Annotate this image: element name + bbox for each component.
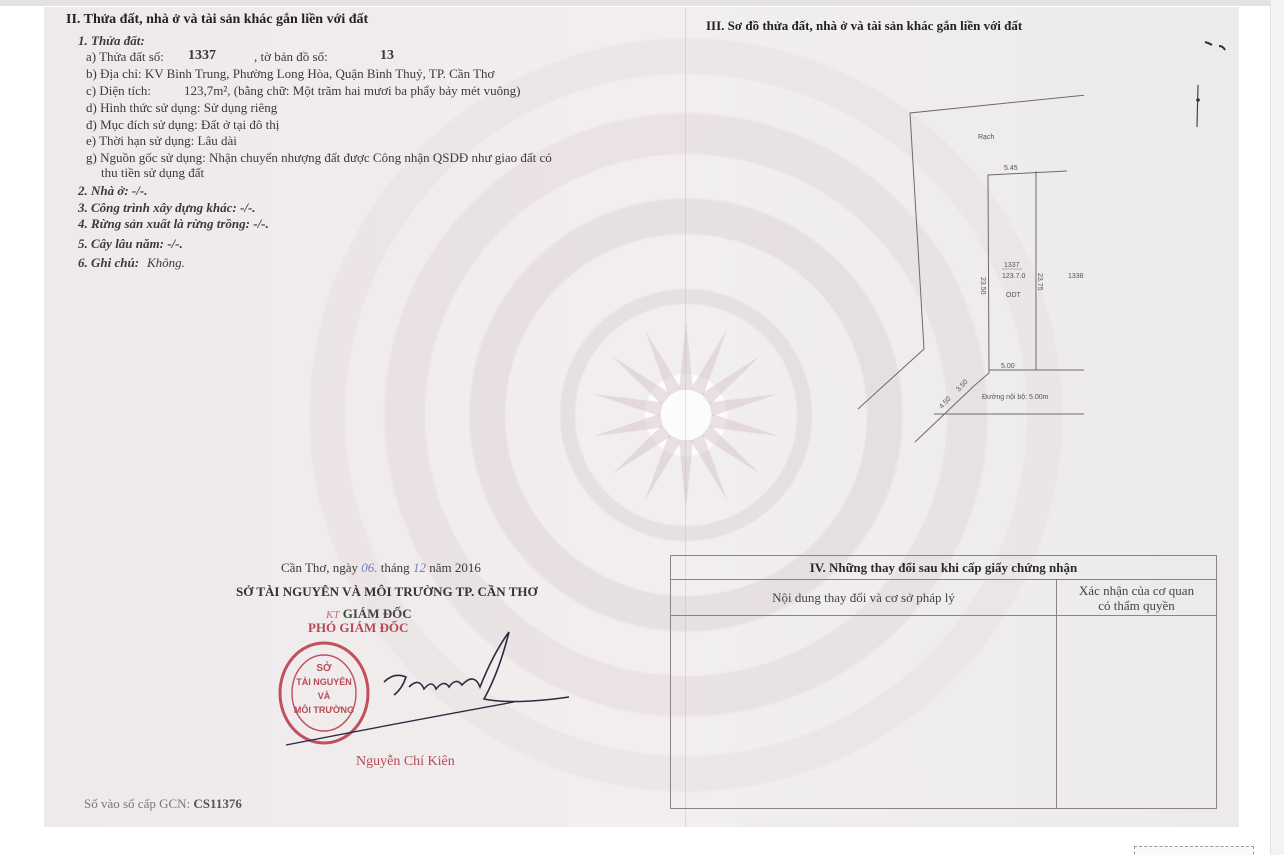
changes-content-header: Nội dung thay đổi và cơ sở pháp lý <box>671 580 1057 616</box>
signing-date: Cần Thơ, ngày 06. tháng 12 năm 2016 <box>281 560 481 576</box>
map-sheet-value: 13 <box>380 48 394 64</box>
authority-confirmation-header: Xác nhận của cơ quan có thẩm quyền <box>1057 580 1216 616</box>
diagram-plot-number: 1337 <box>1004 262 1020 269</box>
bronze-drum-star-watermark <box>586 315 786 515</box>
issuing-agency: SỞ TÀI NGUYÊN VÀ MÔI TRƯỜNG TP. CẦN THƠ <box>236 584 538 600</box>
partial-button[interactable] <box>1134 846 1254 855</box>
changes-content-cell <box>671 616 1057 808</box>
section-3-title: III. Sơ đồ thửa đất, nhà ở và tài sản kh… <box>706 18 1022 34</box>
corner-mark-icon <box>1203 40 1231 54</box>
signer-name: Nguyễn Chí Kiên <box>356 754 455 770</box>
corner-segment-1: 3.50 <box>955 378 969 393</box>
area-value: 123,7m², (bằng chữ: Một trăm hai mươi ba… <box>184 83 520 99</box>
diagram-plot-area: 123.7.0 <box>1002 273 1025 280</box>
signing-month: 12 <box>413 560 426 575</box>
section-4-title: IV. Những thay đổi sau khi cấp giấy chứn… <box>671 556 1216 580</box>
right-length-label: 23.75 <box>1036 273 1043 291</box>
neighbor-plot-number: 1338 <box>1068 273 1084 280</box>
plot-diagram: Rạch 5.45 23.50 23.75 1337 123.7.0 ODT 1… <box>824 87 1084 447</box>
top-width-label: 5.45 <box>1004 165 1018 172</box>
registry-line: Số vào sổ cấp GCN: CS11376 <box>84 796 242 812</box>
usage-form-line: d) Hình thức sử dụng: Sử dụng riêng <box>86 100 277 116</box>
north-arrow-icon <box>1194 85 1202 127</box>
scrollbar-track[interactable] <box>1270 0 1284 855</box>
land-use-code: ODT <box>1006 292 1022 299</box>
item-4-planted-forest: 4. Rừng sản xuất là rừng trồng: -/-. <box>78 216 269 232</box>
road-label: Đường nội bộ: 5.00m <box>982 394 1049 401</box>
area-label: c) Diện tích: <box>86 83 151 99</box>
item-6-notes-label: 6. Ghi chú: <box>78 255 139 271</box>
item-5-perennial-trees: 5. Cây lâu năm: -/-. <box>78 236 183 252</box>
map-sheet-label: , tờ bản đồ số: <box>254 49 328 65</box>
plot-number-value: 1337 <box>188 48 216 64</box>
item-3-other-construction: 3. Công trình xây dựng khác: -/-. <box>78 200 256 216</box>
item-2-house: 2. Nhà ở: -/-. <box>78 183 147 199</box>
signing-day: 06. <box>361 560 377 575</box>
authority-confirmation-cell <box>1057 616 1216 808</box>
usage-origin-line-2: thu tiền sử dụng đất <box>101 165 204 181</box>
section-2-title: II. Thửa đất, nhà ở và tài sản khác gắn … <box>66 12 368 28</box>
registry-number: CS11376 <box>193 796 241 811</box>
window-top-bar <box>0 0 1284 6</box>
item-1-heading: 1. Thửa đất: <box>78 33 145 49</box>
canal-label: Rạch <box>978 134 994 141</box>
bottom-width-label: 5.00 <box>1001 363 1015 370</box>
item-6-notes-value: Không. <box>147 255 185 271</box>
left-length-label: 23.50 <box>979 277 986 295</box>
usage-origin-line-1: g) Nguồn gốc sử dụng: Nhận chuyển nhượng… <box>86 150 552 166</box>
usage-term-line: e) Thời hạn sử dụng: Lâu dài <box>86 133 237 149</box>
land-certificate-page: II. Thửa đất, nhà ở và tài sản khác gắn … <box>44 7 1239 827</box>
changes-table: IV. Những thay đổi sau khi cấp giấy chứn… <box>670 555 1217 809</box>
plot-number-label: a) Thửa đất số: <box>86 49 164 65</box>
address-line: b) Địa chỉ: KV Bình Trung, Phường Long H… <box>86 66 494 82</box>
usage-purpose-line: đ) Mục đích sử dụng: Đất ở tại đô thị <box>86 117 279 133</box>
